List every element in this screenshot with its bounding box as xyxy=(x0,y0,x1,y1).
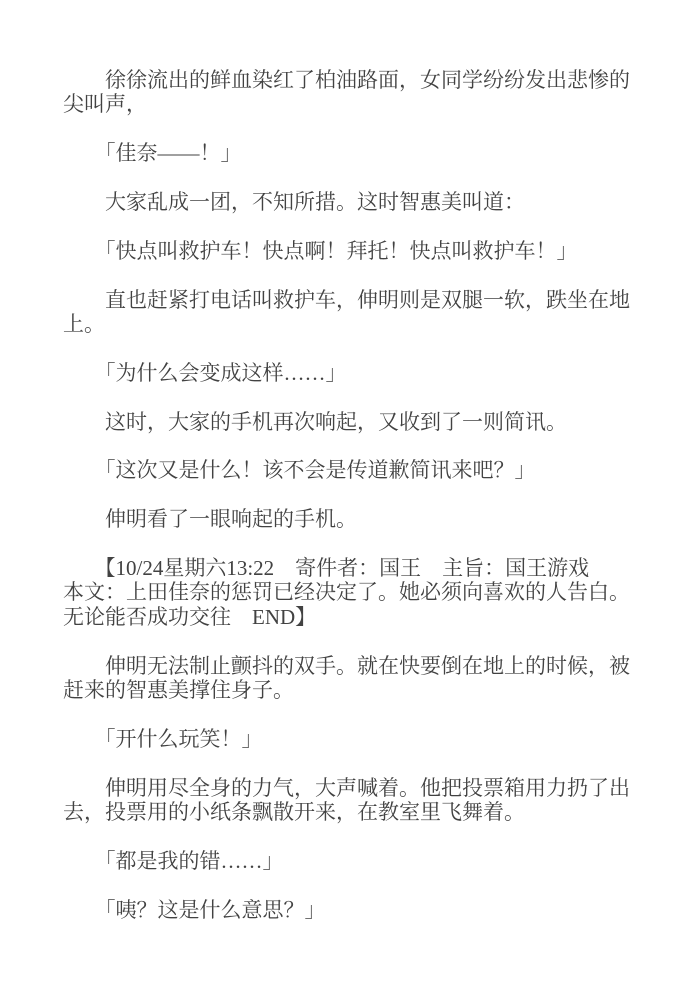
paragraph-narration: 伸明看了一眼响起的手机。 xyxy=(63,507,641,531)
document-page: 徐徐流出的鲜血染红了柏油路面，女同学纷纷发出悲惨的 尖叫声， 「佳奈——！」 大… xyxy=(63,68,641,946)
paragraph-dialogue: 「为什么会变成这样……」 xyxy=(63,361,641,385)
paragraph-dialogue: 「快点叫救护车！快点啊！拜托！快点叫救护车！」 xyxy=(63,239,641,263)
paragraph-narration: 伸明无法制止颤抖的双手。就在快要倒在地上的时候，被 赶来的智惠美撑住身子。 xyxy=(63,654,641,703)
paragraph-dialogue: 「开什么玩笑！」 xyxy=(63,727,641,751)
paragraph-sms-message: 【10/24星期六13:22 寄件者：国王 主旨：国王游戏 本文：上田佳奈的惩罚… xyxy=(63,556,641,629)
paragraph-dialogue: 「咦？这是什么意思？」 xyxy=(63,898,641,922)
paragraph-narration: 伸明用尽全身的力气，大声喊着。他把投票箱用力扔了出 去，投票用的小纸条飘散开来，… xyxy=(63,776,641,825)
paragraph-narration: 这时，大家的手机再次响起，又收到了一则简讯。 xyxy=(63,410,641,434)
paragraph-narration: 徐徐流出的鲜血染红了柏油路面，女同学纷纷发出悲惨的 尖叫声， xyxy=(63,68,641,117)
paragraph-dialogue: 「佳奈——！」 xyxy=(63,141,641,165)
paragraph-dialogue: 「这次又是什么！该不会是传道歉简讯来吧？」 xyxy=(63,458,641,482)
paragraph-narration: 大家乱成一团，不知所措。这时智惠美叫道： xyxy=(63,190,641,214)
paragraph-dialogue: 「都是我的错……」 xyxy=(63,849,641,873)
paragraph-narration: 直也赶紧打电话叫救护车，伸明则是双腿一软，跌坐在地 上。 xyxy=(63,288,641,337)
